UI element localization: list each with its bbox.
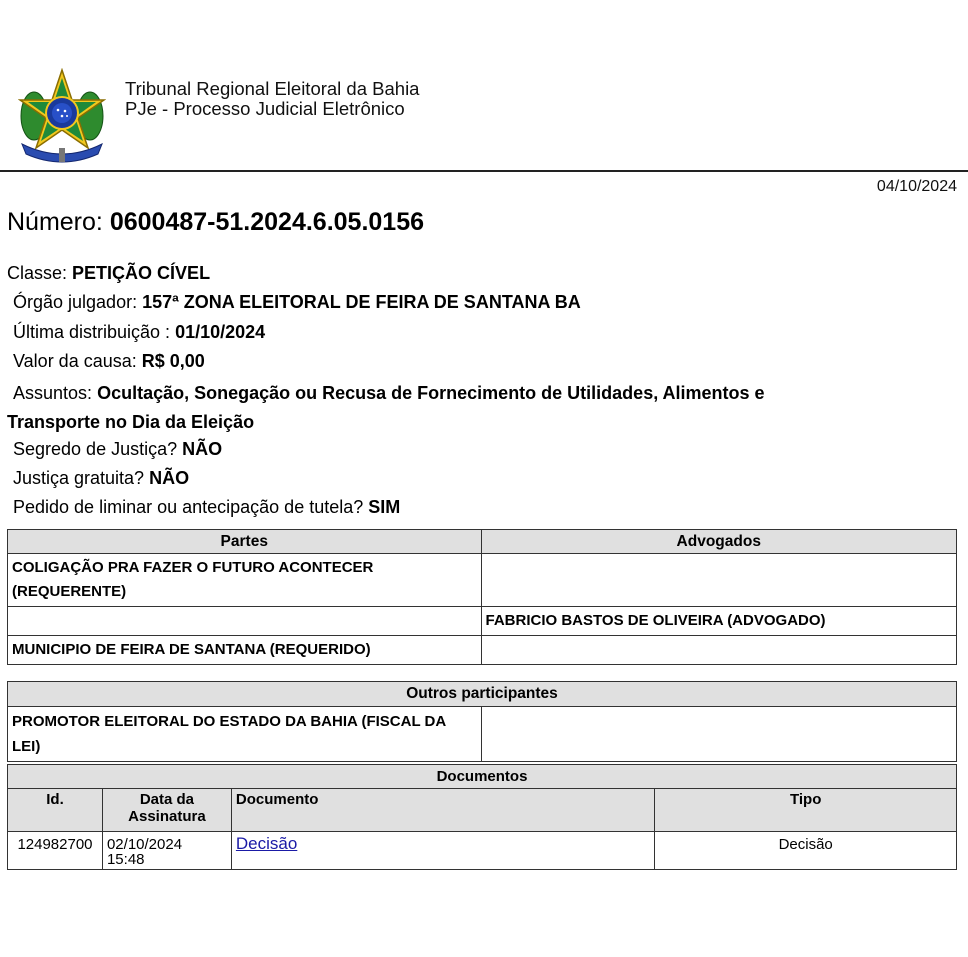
header-divider (0, 170, 968, 172)
outros-participantes-table: Outros participantes PROMOTOR ELEITORAL … (7, 681, 957, 762)
field-label: Assuntos: (13, 383, 92, 403)
table-row: FABRICIO BASTOS DE OLIVEIRA (ADVOGADO) (8, 607, 957, 636)
doc-date: 02/10/2024 (107, 837, 227, 852)
column-header-tipo: Tipo (655, 789, 957, 832)
field-value: R$ 0,00 (142, 351, 205, 371)
process-number: Número: 0600487-51.2024.6.05.0156 (7, 208, 424, 237)
field-orgao-julgador: Órgão julgador: 157ª ZONA ELEITORAL DE F… (7, 291, 907, 320)
parte-cell: COLIGAÇÃO PRA FAZER O FUTURO ACONTECER (… (8, 554, 482, 607)
advogado-cell: FABRICIO BASTOS DE OLIVEIRA (ADVOGADO) (481, 607, 957, 636)
field-pedido-liminar: Pedido de liminar ou antecipação de tute… (7, 496, 907, 525)
print-date: 04/10/2024 (877, 178, 957, 196)
column-header-id: Id. (8, 789, 103, 832)
doc-time: 15:48 (107, 852, 227, 867)
field-classe: Classe: PETIÇÃO CÍVEL (7, 262, 907, 291)
documentos-table: Documentos Id. Data da Assinatura Docume… (7, 764, 957, 870)
column-header-outros: Outros participantes (8, 682, 957, 707)
documentos-title: Documentos (8, 765, 957, 789)
parte-cell: MUNICIPIO DE FEIRA DE SANTANA (REQUERIDO… (8, 636, 482, 665)
field-label: Justiça gratuita? (13, 468, 144, 488)
system-name: PJe - Processo Judicial Eletrônico (125, 99, 419, 119)
table-title-row: Documentos (8, 765, 957, 789)
doc-date-cell: 02/10/2024 15:48 (102, 832, 231, 870)
documento-link[interactable]: Decisão (236, 834, 297, 853)
table-row: 124982700 02/10/2024 15:48 Decisão Decis… (8, 832, 957, 870)
field-label: Valor da causa: (13, 351, 137, 371)
column-header-partes: Partes (8, 530, 482, 554)
field-value: NÃO (149, 468, 189, 488)
brasao-republica-icon (18, 68, 106, 166)
column-header-data: Data da Assinatura (102, 789, 231, 832)
table-header-row: Outros participantes (8, 682, 957, 707)
field-value: PETIÇÃO CÍVEL (72, 263, 210, 283)
field-label: Segredo de Justiça? (13, 439, 177, 459)
field-label: Pedido de liminar ou antecipação de tute… (13, 497, 363, 517)
field-value: 157ª ZONA ELEITORAL DE FEIRA DE SANTANA … (142, 292, 581, 312)
table-row: PROMOTOR ELEITORAL DO ESTADO DA BAHIA (F… (8, 707, 957, 762)
document-header: Tribunal Regional Eleitoral da Bahia PJe… (0, 0, 968, 172)
table-row: COLIGAÇÃO PRA FAZER O FUTURO ACONTECER (… (8, 554, 957, 607)
advogado-cell (481, 636, 957, 665)
advogado-cell (481, 554, 957, 607)
field-label: Classe: (7, 263, 67, 283)
parte-cell (8, 607, 482, 636)
field-value-continued: Transporte no Dia da Eleição (7, 408, 907, 437)
field-label: Órgão julgador: (13, 292, 137, 312)
doc-tipo-cell: Decisão (655, 832, 957, 870)
table-header-row: Id. Data da Assinatura Documento Tipo (8, 789, 957, 832)
column-header-advogados: Advogados (481, 530, 957, 554)
table-row: MUNICIPIO DE FEIRA DE SANTANA (REQUERIDO… (8, 636, 957, 665)
participante-cell: PROMOTOR ELEITORAL DO ESTADO DA BAHIA (F… (8, 707, 482, 762)
doc-name-cell: Decisão (231, 832, 654, 870)
process-fields: Classe: PETIÇÃO CÍVEL Órgão julgador: 15… (7, 262, 907, 526)
partes-table: Partes Advogados COLIGAÇÃO PRA FAZER O F… (7, 529, 957, 665)
court-name: Tribunal Regional Eleitoral da Bahia (125, 79, 419, 99)
field-segredo-justica: Segredo de Justiça? NÃO (7, 438, 907, 467)
field-ultima-distribuicao: Última distribuição : 01/10/2024 (7, 321, 907, 350)
field-value: SIM (368, 497, 400, 517)
doc-id-cell: 124982700 (8, 832, 103, 870)
column-header-documento: Documento (231, 789, 654, 832)
table-header-row: Partes Advogados (8, 530, 957, 554)
field-justica-gratuita: Justiça gratuita? NÃO (7, 467, 907, 496)
field-value: Ocultação, Sonegação ou Recusa de Fornec… (97, 383, 765, 403)
field-value: NÃO (182, 439, 222, 459)
field-value: 01/10/2024 (175, 322, 265, 342)
participante-extra-cell (481, 707, 956, 762)
field-assuntos: Assuntos: Ocultação, Sonegação ou Recusa… (7, 379, 907, 438)
process-number-label: Número: (7, 208, 103, 236)
field-valor-causa: Valor da causa: R$ 0,00 (7, 350, 907, 379)
process-number-value: 0600487-51.2024.6.05.0156 (110, 208, 424, 236)
field-label: Última distribuição : (13, 322, 170, 342)
